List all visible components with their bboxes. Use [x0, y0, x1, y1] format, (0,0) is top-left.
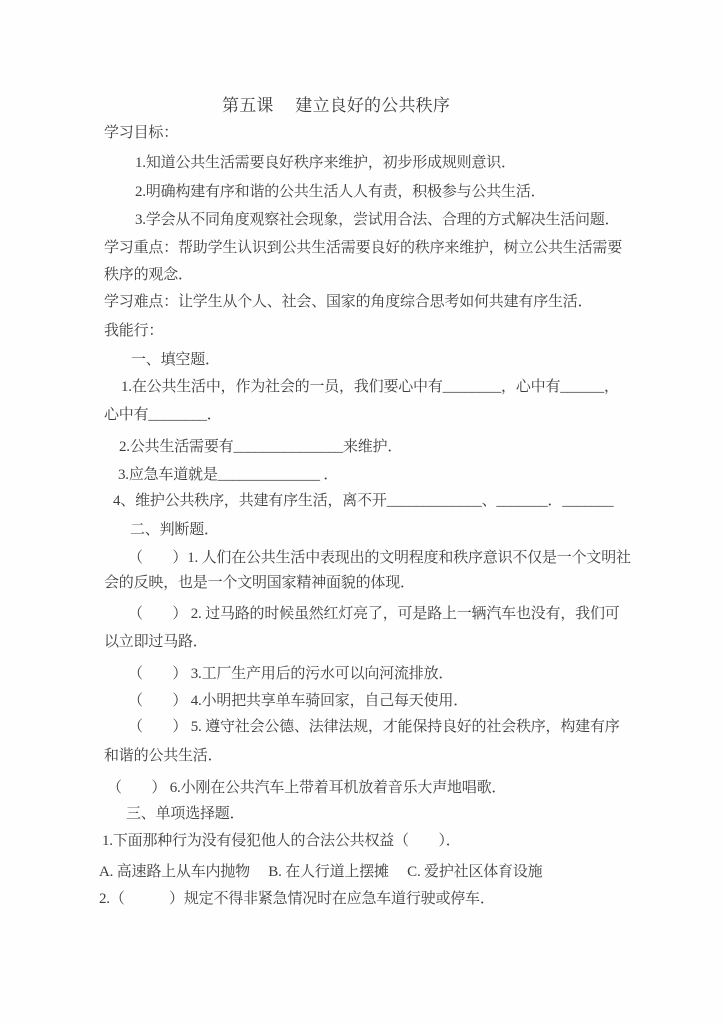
text-line-8: 我能行：: [104, 322, 163, 341]
text-line-15: 二、判断题．: [130, 521, 219, 540]
text-line-11: 心中有________．: [104, 406, 222, 425]
text-line-27: A. 高速路上从车内抛物 B. 在人行道上摆摊 C. 爱护社区体育设施: [99, 863, 542, 882]
text-line-16: （ ）1. 人们在公共生活中表现出的文明程度和秩序意识不仅是一个文明社: [128, 549, 631, 568]
text-line-21: （ ） 4.小明把共享单车骑回家，自己每天使用．: [128, 692, 468, 711]
text-line-9: 一、填空题．: [131, 351, 220, 370]
text-line-22: （ ） 5. 遵守社会公德、法律法规，才能保持良好的社会秩序，构建有序: [128, 718, 620, 737]
text-line-18: （ ） 2. 过马路的时候虽然红灯亮了，可是路上一辆汽车也没有，我们可: [128, 605, 620, 624]
text-line-17: 会的反映，也是一个文明国家精神面貌的体现．: [104, 574, 415, 593]
text-line-12: 2.公共生活需要有_______________来维护．: [119, 438, 402, 457]
text-line-19: 以立即过马路．: [104, 633, 208, 652]
text-line-28: 2.（ ）规定不得非紧急情况时在应急车道行驶或停车．: [99, 890, 495, 909]
text-line-1: 学习目标：: [104, 124, 178, 143]
text-line-2: 1.知道公共生活需要良好秩序来维护，初步形成规则意识．: [135, 154, 516, 173]
text-line-20: （ ） 3.工厂生产用后的污水可以向河流排放．: [128, 665, 453, 684]
text-line-13: 3.应急车道就是______________ ．: [118, 466, 338, 485]
text-line-23: 和谐的公共生活．: [104, 747, 222, 766]
text-line-26: 1.下面那种行为没有侵犯他人的合法公共权益（ ）．: [102, 832, 461, 851]
text-line-6: 秩序的观念．: [104, 266, 193, 285]
worksheet-page: 第五课 建立良好的公共秩序 学习目标：1.知道公共生活需要良好秩序来维护，初步形…: [0, 0, 724, 1024]
text-line-5: 学习重点：帮助学生认识到公共生活需要良好的秩序来维护，树立公共生活需要: [104, 239, 622, 258]
text-line-14: 4、维护公共秩序，共建有序生活，离不开_____________、_______…: [113, 492, 613, 511]
text-line-24: （ ） 6.小刚在公共汽车上带着耳机放着音乐大声地唱歌．: [107, 779, 506, 798]
text-line-25: 三、单项选择题．: [126, 805, 244, 824]
text-line-10: 1.在公共生活中，作为社会的一员，我们要心中有________，心中有_____…: [121, 378, 619, 397]
document-title: 第五课 建立良好的公共秩序: [222, 91, 450, 116]
text-line-3: 2.明确构建有序和谐的公共生活人人有责，积极参与公共生活．: [135, 183, 545, 202]
text-line-4: 3.学会从不同角度观察社会现象，尝试用合法、合理的方式解决生活问题．: [135, 211, 619, 230]
text-line-7: 学习难点：让学生从个人、社会、国家的角度综合思考如何共建有序生活．: [104, 293, 592, 312]
